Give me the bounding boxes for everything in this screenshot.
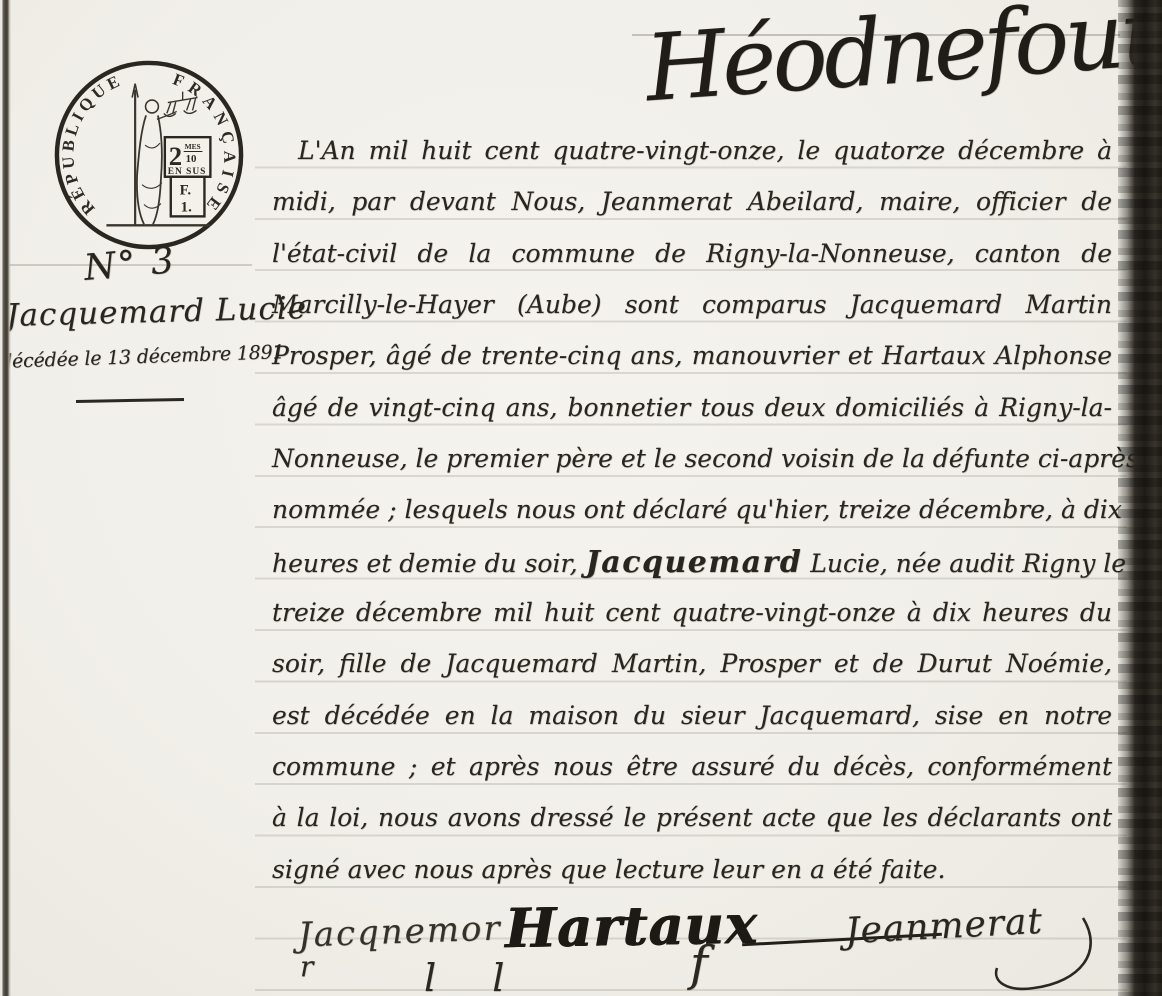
act-number: N° 3 xyxy=(82,240,177,289)
body-line: nommée ; lesquels nous ont déclaré qu'hi… xyxy=(272,495,1112,524)
death-record-scan-page: RÉPUBLIQUE FRANÇAISE xyxy=(0,0,1162,996)
next-act-partial-stroke: l l xyxy=(424,956,526,996)
body-line: l'état-civil de la commune de Rigny-la-N… xyxy=(272,239,1112,268)
body-line: commune ; et après nous être assuré du d… xyxy=(272,752,1112,781)
tax-en-sus: EN SUS xyxy=(168,167,207,177)
revenue-stamp: RÉPUBLIQUE FRANÇAISE xyxy=(50,56,248,254)
stamp-outer-ring xyxy=(57,63,241,247)
body-line: Nonneuse, le premier père et le second v… xyxy=(272,444,1112,473)
margin-death-note: décédée le 13 décembre 1891 xyxy=(0,341,285,373)
margin-underline xyxy=(76,398,184,403)
franc-top: F. xyxy=(180,183,192,199)
margin-deceased-name: Jacquemard Lucie xyxy=(6,290,308,334)
body-line: âgé de vingt-cinq ans, bonnetier tous de… xyxy=(272,393,1112,422)
stamp-tax-box: 2 MES 10 EN SUS xyxy=(165,137,211,177)
signature-jeanmerat-flourish xyxy=(988,914,1118,996)
body-line-text: heures et demie du soir, xyxy=(272,549,586,578)
deceased-name-emphasis: Jacquemard xyxy=(586,545,803,580)
body-line: Prosper, âgé de trente-cinq ans, manouvr… xyxy=(272,341,1112,370)
next-act-partial-stroke: r xyxy=(300,950,313,983)
body-line: Marcilly-le-Hayer (Aube) sont comparus J… xyxy=(272,290,1112,319)
tax-unit-bottom: 10 xyxy=(186,153,197,165)
body-line: midi, par devant Nous, Jeanmerat Abeilar… xyxy=(272,187,1112,216)
body-line: à la loi, nous avons dressé le présent a… xyxy=(272,803,1112,832)
body-line: soir, fille de Jacquemard Martin, Prospe… xyxy=(272,649,1112,678)
tax-unit-top: MES xyxy=(185,142,201,151)
body-line: treize décembre mil huit cent quatre-vin… xyxy=(272,598,1112,627)
illegible-header-flourish: Héodnefouum xyxy=(642,0,1162,122)
body-line-text: Lucie, née audit Rigny le xyxy=(802,549,1126,578)
stamp-franc-box: F. 1. xyxy=(171,177,205,217)
signature-hartaux: Hartaux xyxy=(504,892,758,960)
next-act-partial-stroke: f xyxy=(690,936,708,992)
body-line: L'An mil huit cent quatre-vingt-onze, le… xyxy=(272,136,1112,165)
body-line: est décédée en la maison du sieur Jacque… xyxy=(272,701,1112,730)
body-line: signé avec nous après que lecture leur e… xyxy=(272,855,1112,884)
book-binding-edge xyxy=(1118,0,1162,996)
figure-head xyxy=(146,100,159,113)
body-line: heures et demie du soir, Jacquemard Luci… xyxy=(272,545,1112,580)
page-left-edge xyxy=(0,0,12,996)
franc-bottom: 1. xyxy=(181,199,192,215)
signature-jacquemard: Jacqnemor xyxy=(297,908,502,955)
